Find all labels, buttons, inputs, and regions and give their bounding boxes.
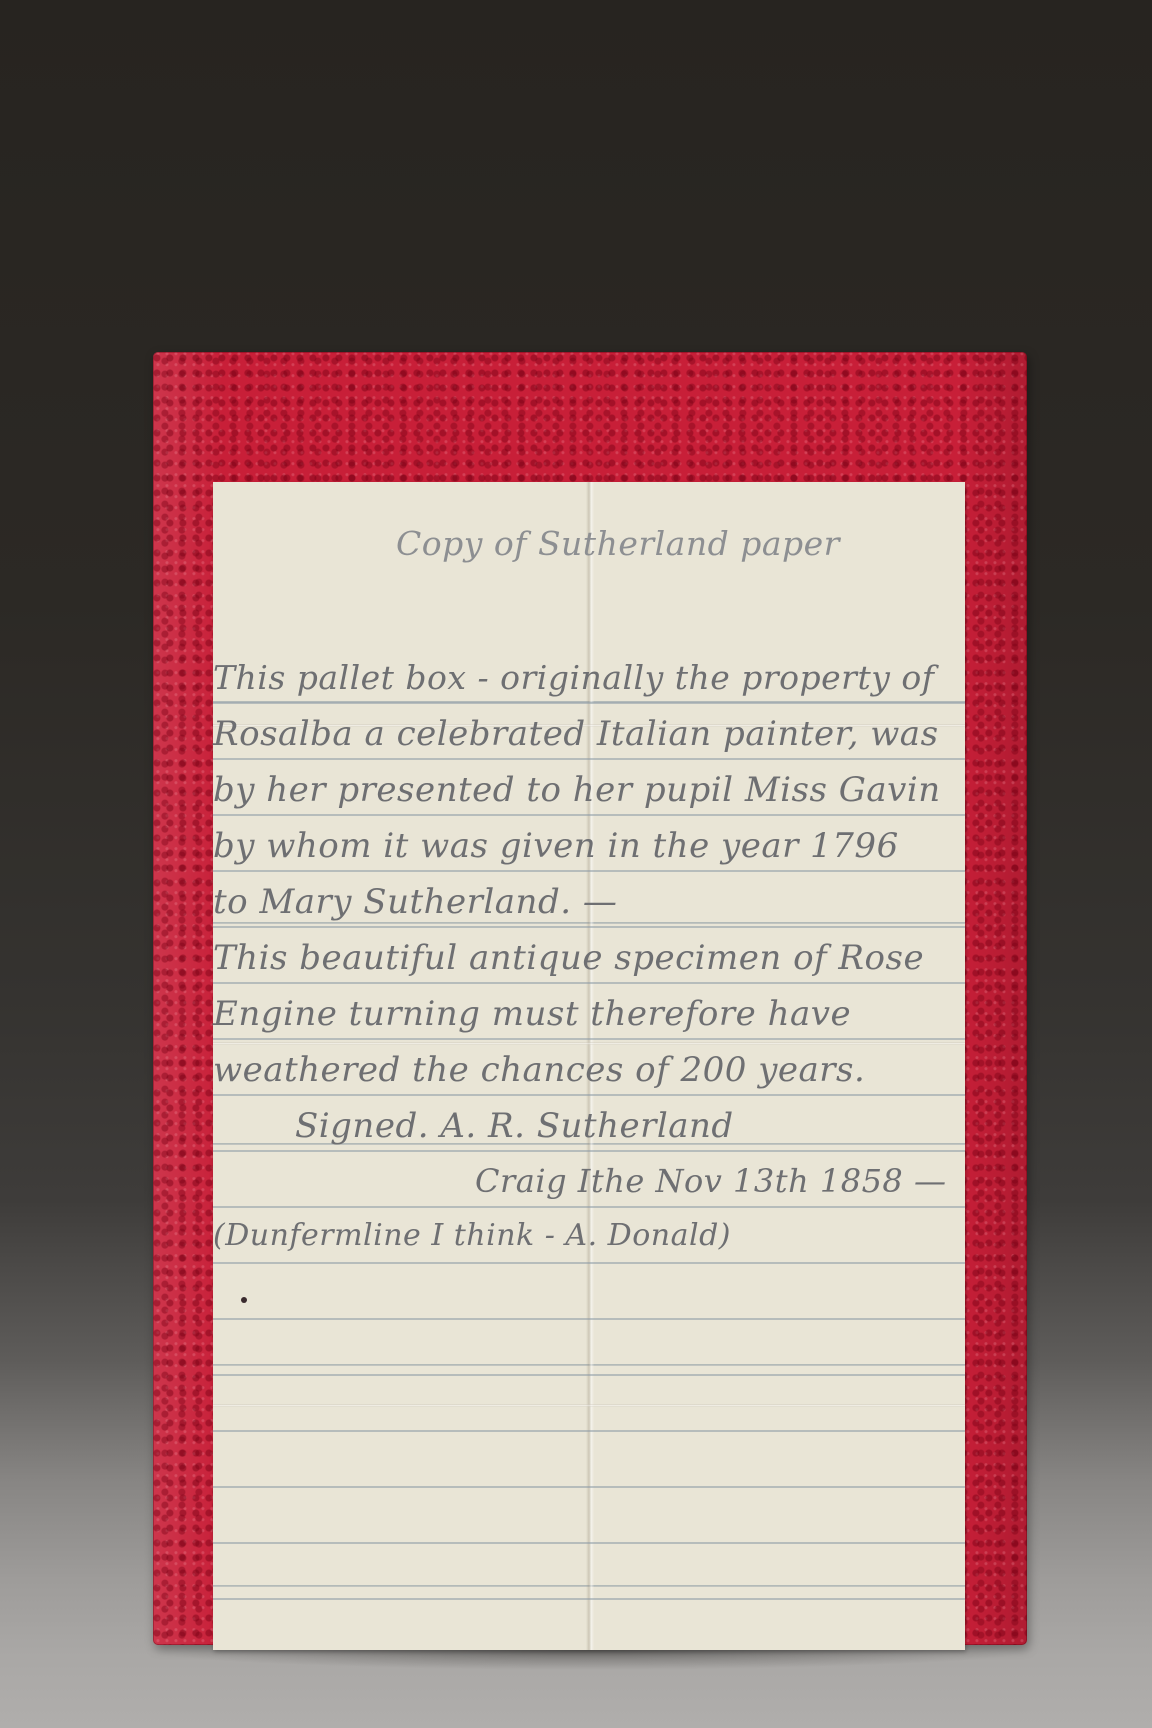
ruled-line <box>213 1430 965 1432</box>
ruled-line <box>213 982 965 984</box>
note-line-6: This beautiful antique specimen of Rose <box>213 938 924 978</box>
note-line-1: This pallet box - originally the propert… <box>213 658 934 697</box>
ruled-line <box>213 926 965 928</box>
ruled-line <box>213 814 965 816</box>
ruled-line <box>213 1598 965 1600</box>
note-line-3: by her presented to her pupil Miss Gavin <box>213 770 941 810</box>
note-line-2: Rosalba a celebrated Italian painter, wa… <box>213 714 939 754</box>
handwritten-note-paper: Copy of Sutherland paper This pallet box… <box>213 482 965 1650</box>
note-annotation: (Dunfermline I think - A. Donald) <box>213 1218 731 1253</box>
note-title-text: Copy of Sutherland paper <box>396 524 840 563</box>
note-line-8: weathered the chances of 200 years. <box>213 1050 865 1090</box>
ruled-line <box>213 1262 965 1264</box>
note-line-7: Engine turning must therefore have <box>213 994 851 1034</box>
ruled-line <box>213 758 965 760</box>
ruled-line <box>213 1486 965 1488</box>
paper-fold-crease <box>213 1404 965 1407</box>
ink-dot <box>241 1297 247 1303</box>
ruled-line <box>213 1206 965 1208</box>
ruled-line <box>213 1374 965 1376</box>
paper-fold-crease <box>213 1042 965 1045</box>
ruled-line <box>213 1150 965 1152</box>
note-title: Copy of Sutherland paper <box>396 524 840 563</box>
note-date-place: Craig Ithe Nov 13th 1858 — <box>475 1162 946 1200</box>
ruled-line <box>213 1038 965 1040</box>
ruled-line <box>213 1094 965 1096</box>
note-signature: Signed. A. R. Sutherland <box>295 1106 734 1146</box>
ruled-line <box>213 1542 965 1544</box>
note-line-5: to Mary Sutherland. — <box>213 882 617 922</box>
ruled-line <box>213 702 965 704</box>
note-line-4: by whom it was given in the year 1796 <box>213 826 899 866</box>
ruled-line <box>213 1318 965 1320</box>
ruled-line <box>213 870 965 872</box>
